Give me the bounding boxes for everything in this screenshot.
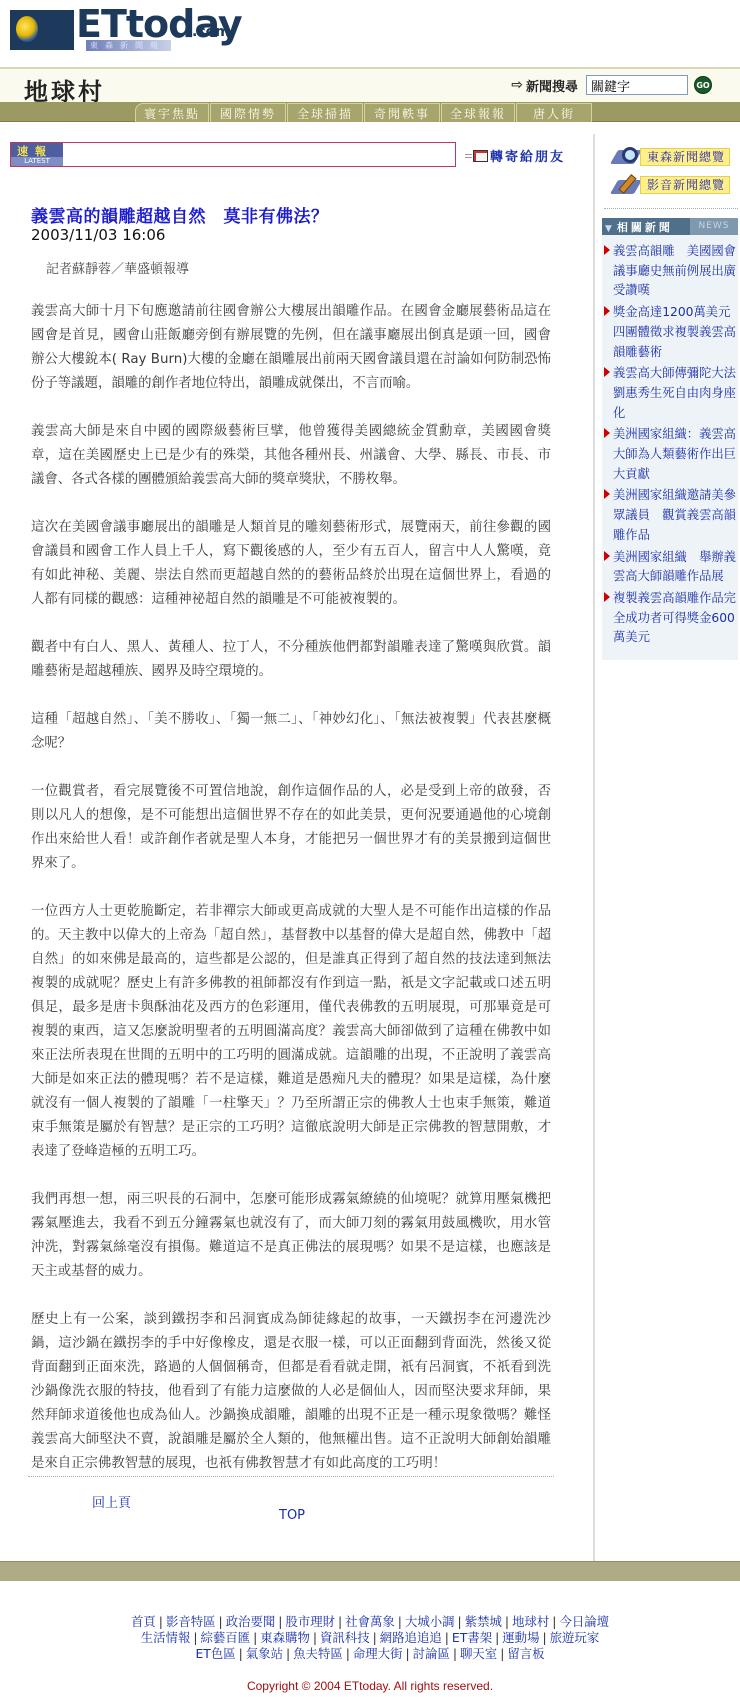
article-date: 2003/11/03 16:06 bbox=[31, 226, 165, 244]
footer-link[interactable]: 命理大街 bbox=[353, 1646, 403, 1661]
arrow-right-icon: ⇨ bbox=[511, 77, 523, 93]
bullet-icon bbox=[604, 489, 610, 499]
separator: | bbox=[346, 1646, 350, 1661]
separator: | bbox=[458, 1614, 462, 1629]
separator: | bbox=[500, 1646, 504, 1661]
related-news-header: ▼相關新聞 NEWS bbox=[602, 218, 738, 235]
news-search: ⇨ 新聞搜尋 GO bbox=[511, 73, 712, 97]
footer-link[interactable]: 討論區 bbox=[413, 1646, 450, 1661]
nav-item-chinatown[interactable]: 唐人街 bbox=[516, 103, 592, 122]
top-link[interactable]: TOP bbox=[279, 1508, 305, 1523]
latest-badge: 速報 LATEST bbox=[11, 143, 63, 166]
article-paragraph: 這次在美國會議事廳展出的韻雕是人類首見的雕刻藝術形式，展覽兩天，前往參觀的國會議… bbox=[31, 516, 551, 612]
search-input[interactable] bbox=[586, 75, 688, 95]
footer-link[interactable]: 運動場 bbox=[502, 1630, 539, 1645]
separator: | bbox=[398, 1614, 402, 1629]
separator: | bbox=[405, 1646, 409, 1661]
footer-link[interactable]: 生活情報 bbox=[141, 1630, 191, 1645]
related-news-list: 義雲高韻雕 美國國會議事廳史無前例展出廣受讚嘆 獎金高達1200萬美元 四團體徵… bbox=[604, 242, 738, 650]
globe-icon bbox=[16, 16, 38, 42]
footer-link[interactable]: 社會萬象 bbox=[345, 1614, 395, 1629]
separator: | bbox=[313, 1630, 317, 1645]
article-title: 義雲高的韻雕超越自然 莫非有佛法？ bbox=[31, 202, 329, 227]
divider bbox=[28, 1476, 554, 1477]
separator: | bbox=[338, 1614, 342, 1629]
related-news-item[interactable]: 義雲高韻雕 美國國會議事廳史無前例展出廣受讚嘆 bbox=[604, 242, 738, 301]
related-news-item[interactable]: 美洲國家組織：義雲高大師為人類藝術作出巨大貢獻 bbox=[604, 425, 738, 484]
separator: | bbox=[495, 1630, 499, 1645]
footer-link[interactable]: ET色區 bbox=[195, 1646, 235, 1661]
footer-link[interactable]: 今日論壇 bbox=[559, 1614, 609, 1629]
related-news-item[interactable]: 美洲國家組織邀請美參眾議員 觀賞義雲高韻雕作品 bbox=[604, 486, 738, 545]
separator: | bbox=[239, 1646, 243, 1661]
related-news-item[interactable]: 美洲國家組織 舉辦義雲高大師韻雕作品展 bbox=[604, 548, 738, 587]
footer-link[interactable]: 留言板 bbox=[507, 1646, 544, 1661]
separator: | bbox=[552, 1614, 556, 1629]
article-paragraph: 義雲高大師是來自中國的國際級藝術巨擘，他曾獲得美國總統金質勳章，美國國會獎章，這… bbox=[31, 420, 551, 492]
bullet-icon bbox=[604, 245, 610, 255]
column-divider bbox=[593, 134, 595, 1564]
separator: | bbox=[445, 1630, 449, 1645]
separator: | bbox=[373, 1630, 377, 1645]
article-paragraph: 歷史上有一公案，談到鐵拐李和呂洞賓成為師徒緣起的故事，一天鐵拐李在河邊洗沙鍋，這… bbox=[31, 1308, 551, 1476]
related-news-item[interactable]: 獎金高達1200萬美元 四團體徵求複製義雲高韻雕藝術 bbox=[604, 303, 738, 362]
back-link[interactable]: 回上頁 bbox=[92, 1492, 131, 1511]
search-label: ⇨ 新聞搜尋 bbox=[511, 76, 578, 95]
footer-link-row: 首頁|影音特區|政治要聞|股市理財|社會萬象|大城小調|紫禁城|地球村|今日論壇 bbox=[0, 1614, 740, 1630]
nav-item-international[interactable]: 國際情勢 bbox=[210, 103, 286, 122]
footer-link[interactable]: 綜藝百匯 bbox=[201, 1630, 251, 1645]
bullet-icon bbox=[604, 551, 610, 561]
footer-link[interactable]: 氣象站 bbox=[246, 1646, 283, 1661]
copyright: Copyright © 2004 ETtoday. All rights res… bbox=[0, 1679, 740, 1693]
bullet-icon bbox=[604, 592, 610, 602]
footer-link[interactable]: 魚夫特區 bbox=[293, 1646, 343, 1661]
separator: | bbox=[159, 1614, 163, 1629]
footer-link[interactable]: 資訊科技 bbox=[320, 1630, 370, 1645]
triangle-down-icon: ▼ bbox=[605, 224, 615, 234]
footer-link[interactable]: 旅遊玩家 bbox=[550, 1630, 600, 1645]
separator: | bbox=[253, 1630, 257, 1645]
article-paragraph: 這種「超越自然」、「美不勝收」、「獨一無二」、「神妙幻化」、「無法被複製」代表甚… bbox=[31, 708, 551, 756]
nav-item-global-report[interactable]: 全球報報 bbox=[441, 103, 515, 122]
latest-ticker[interactable]: 速報 LATEST bbox=[10, 142, 456, 167]
pencil-icon bbox=[612, 172, 642, 198]
separator: | bbox=[193, 1630, 197, 1645]
footer-bar bbox=[0, 1561, 740, 1581]
footer-link[interactable]: 大城小調 bbox=[405, 1614, 455, 1629]
article-paragraph: 一位觀賞者，看完展覽後不可置信地說，創作這個作品的人，必是受到上帝的啟發，否則以… bbox=[31, 780, 551, 876]
footer-link[interactable]: 網路追追追 bbox=[380, 1630, 442, 1645]
footer-link[interactable]: 首頁 bbox=[131, 1614, 156, 1629]
separator: | bbox=[278, 1614, 282, 1629]
section-nav: 寰宇焦點 國際情勢 全球掃描 奇聞軼事 全球報報 唐人街 bbox=[0, 102, 740, 122]
mail-icon bbox=[465, 149, 487, 162]
go-button[interactable]: GO bbox=[694, 76, 712, 94]
logo-suffix: .com bbox=[192, 24, 230, 40]
forward-to-friend-link[interactable]: 轉寄給朋友 bbox=[465, 146, 565, 165]
logo-subtitle: 東森新聞報 bbox=[86, 40, 171, 51]
nav-item-global-scan[interactable]: 全球掃描 bbox=[287, 103, 363, 122]
section-header: 地球村 ⇨ 新聞搜尋 GO bbox=[0, 67, 740, 102]
footer-link[interactable]: 紫禁城 bbox=[465, 1614, 502, 1629]
bullet-icon bbox=[604, 367, 610, 377]
footer-link[interactable]: 影音特區 bbox=[166, 1614, 216, 1629]
logo-mark bbox=[10, 10, 74, 50]
article-paragraph: 觀者中有白人、黑人、黃種人、拉丁人，不分種族他們都對韻雕表達了驚嘆與欣賞。韻雕藝… bbox=[31, 636, 551, 684]
nav-item-odd-news[interactable]: 奇聞軼事 bbox=[364, 103, 440, 122]
separator: | bbox=[453, 1646, 457, 1661]
sidebar-divider bbox=[604, 208, 738, 209]
article-byline: 記者蘇靜蓉／華盛頓報導 bbox=[46, 258, 189, 277]
separator: | bbox=[505, 1614, 509, 1629]
ettoday-logo[interactable]: ETtoday .com 東森新聞報 bbox=[10, 8, 230, 52]
related-news-item[interactable]: 義雲高大師傳彌陀大法 劉惠秀生死自由肉身座化 bbox=[604, 364, 738, 423]
separator: | bbox=[542, 1630, 546, 1645]
footer-link[interactable]: 政治要聞 bbox=[226, 1614, 276, 1629]
separator: | bbox=[286, 1646, 290, 1661]
magnifier-icon bbox=[612, 144, 642, 170]
footer-link[interactable]: ET書架 bbox=[452, 1630, 492, 1645]
article-body: 義雲高大師十月下旬應邀請前往國會辦公大樓展出韻雕作品。在國會金廳展藝術品這在國會… bbox=[31, 300, 551, 1500]
ettoday-news-overview-button[interactable]: 東森新聞總覽 bbox=[612, 146, 732, 168]
related-news-item[interactable]: 複製義雲高韻雕作品完全成功者可得獎金600萬美元 bbox=[604, 589, 738, 648]
article-paragraph: 一位西方人士更乾脆斷定，若非禪宗大師或更高成就的大聖人是不可能作出這樣的作品的。… bbox=[31, 900, 551, 1164]
nav-item-global-focus[interactable]: 寰宇焦點 bbox=[135, 103, 209, 122]
footer-link[interactable]: 股市理財 bbox=[285, 1614, 335, 1629]
bullet-icon bbox=[604, 306, 610, 316]
footer-link-row: 生活情報|綜藝百匯|東森購物|資訊科技|網路追追追|ET書架|運動場|旅遊玩家 bbox=[0, 1630, 740, 1646]
article-paragraph: 義雲高大師十月下旬應邀請前往國會辦公大樓展出韻雕作品。在國會金廳展藝術品這在國會… bbox=[31, 300, 551, 396]
video-news-overview-button[interactable]: 影音新聞總覽 bbox=[612, 174, 732, 196]
separator: | bbox=[219, 1614, 223, 1629]
footer-link[interactable]: 聊天室 bbox=[460, 1646, 497, 1661]
article-paragraph: 我們再想一想，兩三呎長的石洞中，怎麼可能形成霧氣繚繞的仙境呢？就算用壓氣機把霧氣… bbox=[31, 1188, 551, 1284]
footer-link[interactable]: 東森購物 bbox=[260, 1630, 310, 1645]
footer-link-row: ET色區|氣象站|魚夫特區|命理大街|討論區|聊天室|留言板 bbox=[0, 1646, 740, 1662]
footer-link[interactable]: 地球村 bbox=[512, 1614, 549, 1629]
bullet-icon bbox=[604, 428, 610, 438]
footer-links: 首頁|影音特區|政治要聞|股市理財|社會萬象|大城小調|紫禁城|地球村|今日論壇… bbox=[0, 1614, 740, 1662]
